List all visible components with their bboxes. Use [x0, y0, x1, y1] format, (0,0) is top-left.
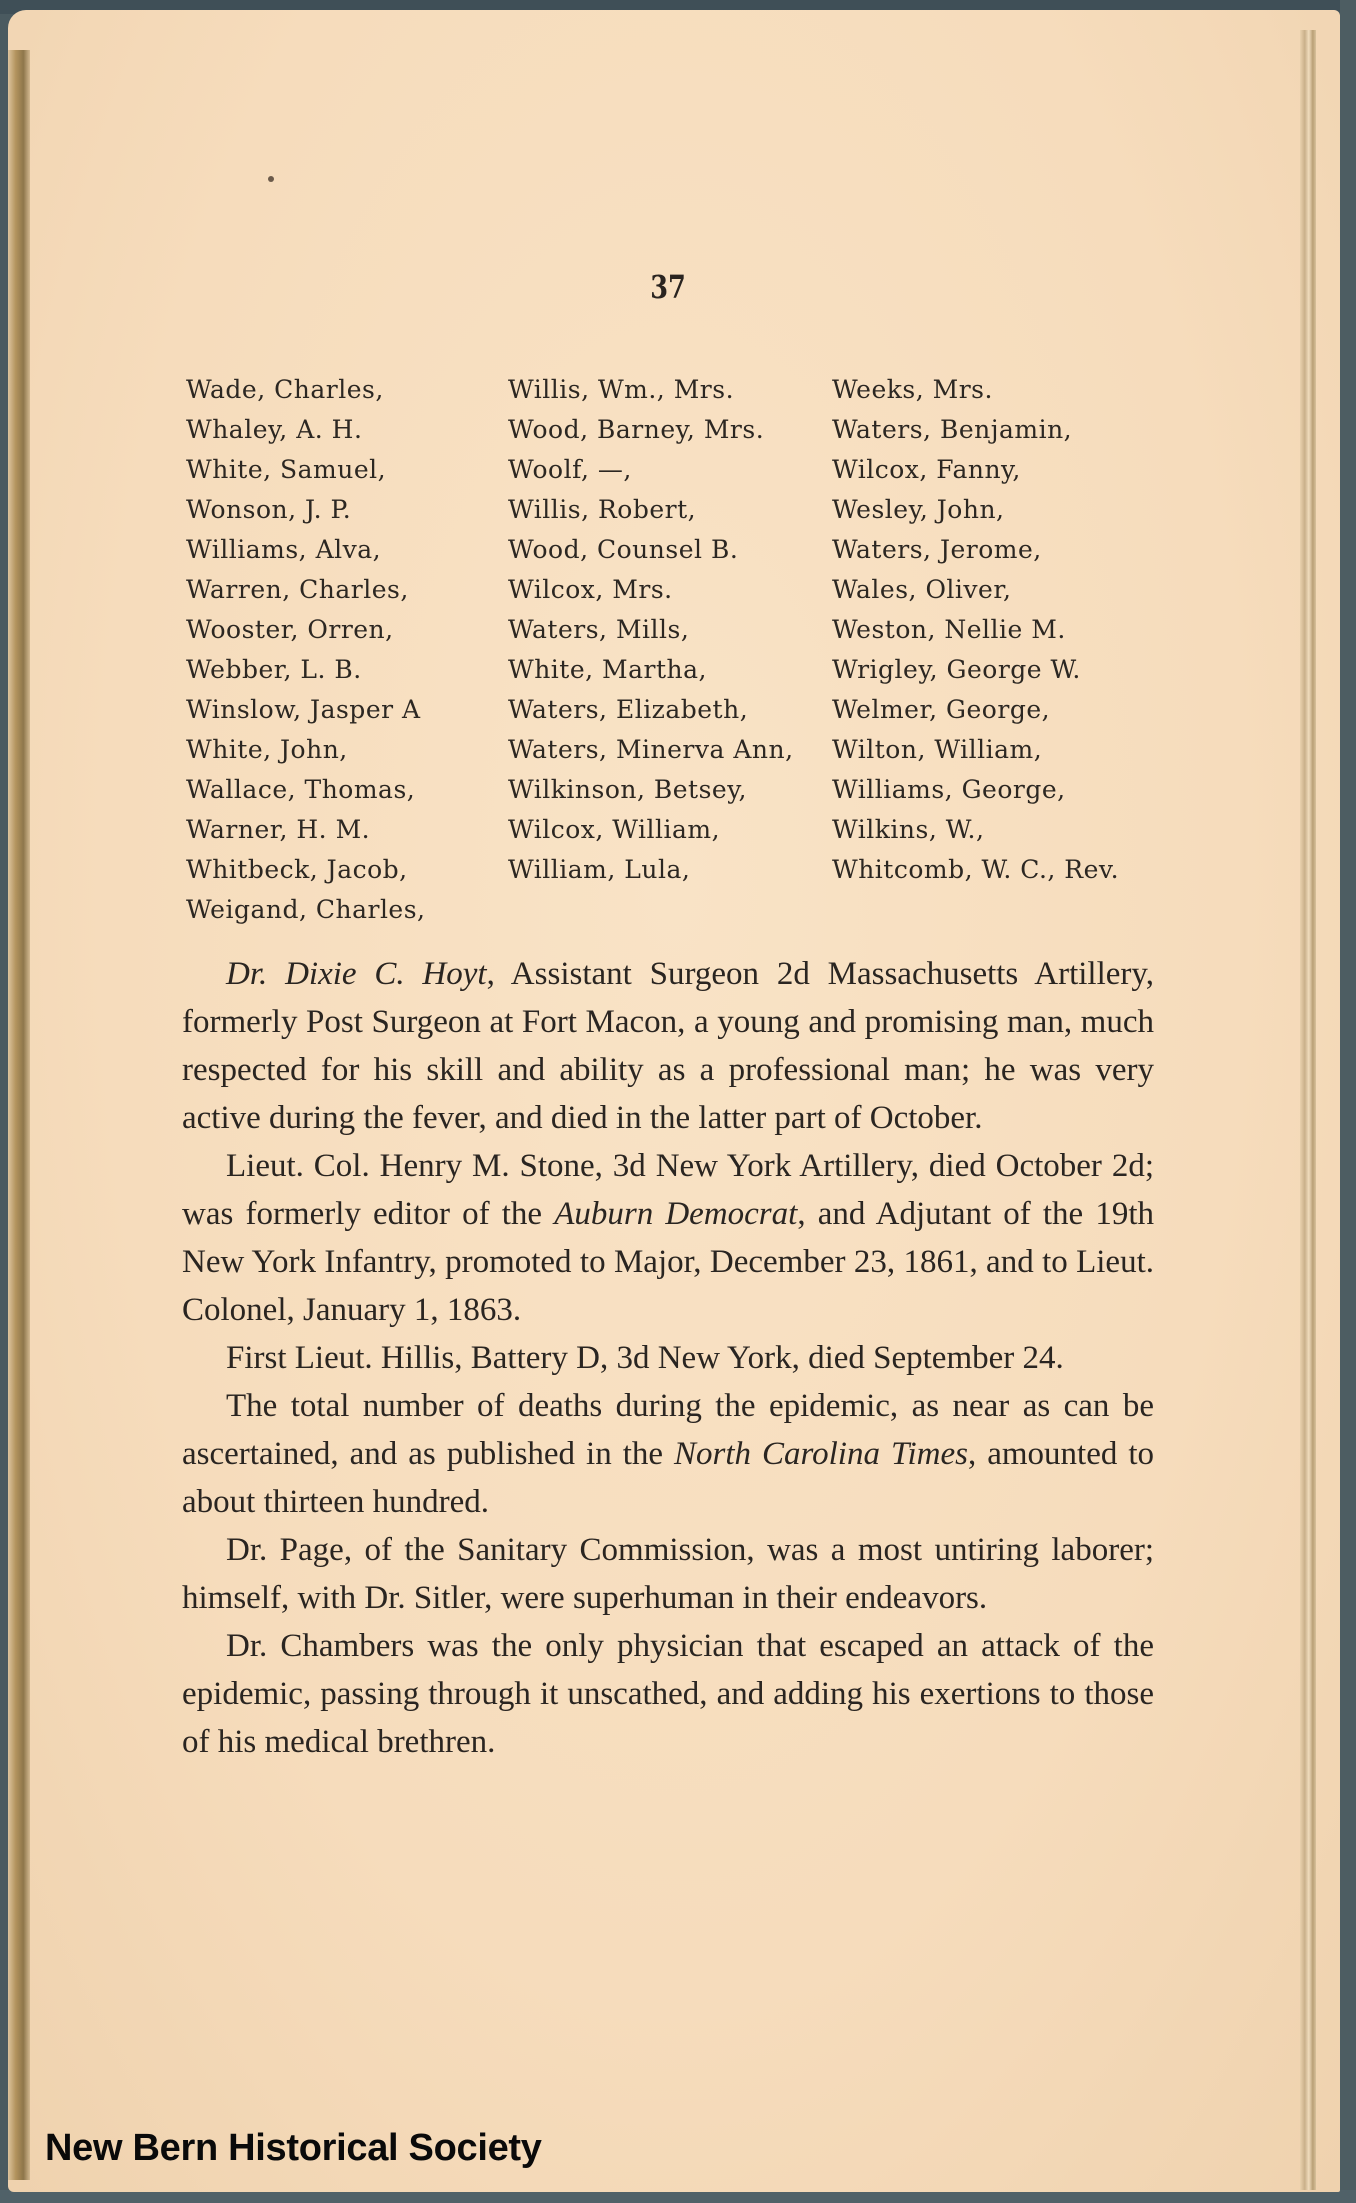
name-entry: Wales, Oliver,: [832, 570, 1119, 610]
name-entry: Williams, George,: [832, 770, 1119, 810]
name-entry: Wood, Counsel B.: [508, 530, 794, 570]
name-entry: Woolf, —,: [508, 450, 794, 490]
body-text: Dr. Dixie C. Hoyt, Assistant Surgeon 2d …: [182, 950, 1154, 1766]
name-entry: Willis, Wm., Mrs.: [508, 370, 794, 410]
name-entry: Wonson, J. P.: [186, 490, 426, 530]
paragraph-hoyt: Dr. Dixie C. Hoyt, Assistant Surgeon 2d …: [182, 950, 1154, 1142]
name-entry: Willis, Robert,: [508, 490, 794, 530]
page-number: 37: [140, 268, 1196, 306]
name-entry: Whitcomb, W. C., Rev.: [832, 850, 1119, 890]
name-entry: Weigand, Charles,: [186, 890, 426, 930]
name-entry: Williams, Alva,: [186, 530, 426, 570]
name-entry: Wrigley, George W.: [832, 650, 1119, 690]
italic-newspaper-title: North Carolina Times: [674, 1436, 968, 1472]
italic-newspaper-title: Auburn Democrat: [554, 1196, 797, 1232]
name-entry: Webber, L. B.: [186, 650, 426, 690]
name-entry: White, John,: [186, 730, 426, 770]
book-binding-right: [1340, 0, 1356, 2203]
name-entry: White, Samuel,: [186, 450, 426, 490]
names-column-1: Wade, Charles, Whaley, A. H. White, Samu…: [186, 370, 426, 930]
paragraph-total-deaths: The total number of deaths during the ep…: [182, 1382, 1154, 1526]
names-column-3: Weeks, Mrs. Waters, Benjamin, Wilcox, Fa…: [832, 370, 1119, 890]
name-entry: William, Lula,: [508, 850, 794, 890]
paragraph-text: Dr. Page, of the Sanitary Commission, wa…: [182, 1532, 1154, 1616]
name-entry: Wood, Barney, Mrs.: [508, 410, 794, 450]
paragraph-chambers: Dr. Chambers was the only physician that…: [182, 1622, 1154, 1766]
name-entry: Wallace, Thomas,: [186, 770, 426, 810]
names-column-2: Willis, Wm., Mrs. Wood, Barney, Mrs. Woo…: [508, 370, 794, 890]
paragraph-text: First Lieut. Hillis, Battery D, 3d New Y…: [226, 1340, 1064, 1376]
paragraph-text: Dr. Chambers was the only physician that…: [182, 1628, 1154, 1760]
name-entry: Waters, Elizabeth,: [508, 690, 794, 730]
name-entry: Wilton, William,: [832, 730, 1119, 770]
name-entry: Whitbeck, Jacob,: [186, 850, 426, 890]
paragraph-stone: Lieut. Col. Henry M. Stone, 3d New York …: [182, 1142, 1154, 1334]
name-entry: Weeks, Mrs.: [832, 370, 1119, 410]
name-entry: Wilkinson, Betsey,: [508, 770, 794, 810]
name-entry: Warner, H. M.: [186, 810, 426, 850]
name-entry: Wesley, John,: [832, 490, 1119, 530]
name-entry: Wade, Charles,: [186, 370, 426, 410]
name-entry: Welmer, George,: [832, 690, 1119, 730]
name-entry: Whaley, A. H.: [186, 410, 426, 450]
name-entry: Winslow, Jasper A: [186, 690, 426, 730]
name-entry: White, Martha,: [508, 650, 794, 690]
name-entry: Wilcox, Mrs.: [508, 570, 794, 610]
watermark-label: New Bern Historical Society: [45, 2127, 542, 2170]
spine-edge: [8, 50, 30, 2180]
name-entry: Wilcox, Fanny,: [832, 450, 1119, 490]
name-entry: Wilkins, W.,: [832, 810, 1119, 850]
page-fore-edge: [1300, 30, 1316, 2190]
name-entry: Weston, Nellie M.: [832, 610, 1119, 650]
paragraph-hillis: First Lieut. Hillis, Battery D, 3d New Y…: [182, 1334, 1154, 1382]
name-entry: Waters, Minerva Ann,: [508, 730, 794, 770]
name-entry: Waters, Benjamin,: [832, 410, 1119, 450]
name-entry: Warren, Charles,: [186, 570, 426, 610]
name-entry: Waters, Mills,: [508, 610, 794, 650]
paper-blemish: [268, 176, 274, 182]
italic-name: Dr. Dixie C. Hoyt: [226, 956, 487, 992]
name-entry: Wooster, Orren,: [186, 610, 426, 650]
paragraph-page: Dr. Page, of the Sanitary Commission, wa…: [182, 1526, 1154, 1622]
name-entry: Wilcox, William,: [508, 810, 794, 850]
book-page: 37 Wade, Charles, Whaley, A. H. White, S…: [8, 10, 1340, 2192]
name-entry: Waters, Jerome,: [832, 530, 1119, 570]
